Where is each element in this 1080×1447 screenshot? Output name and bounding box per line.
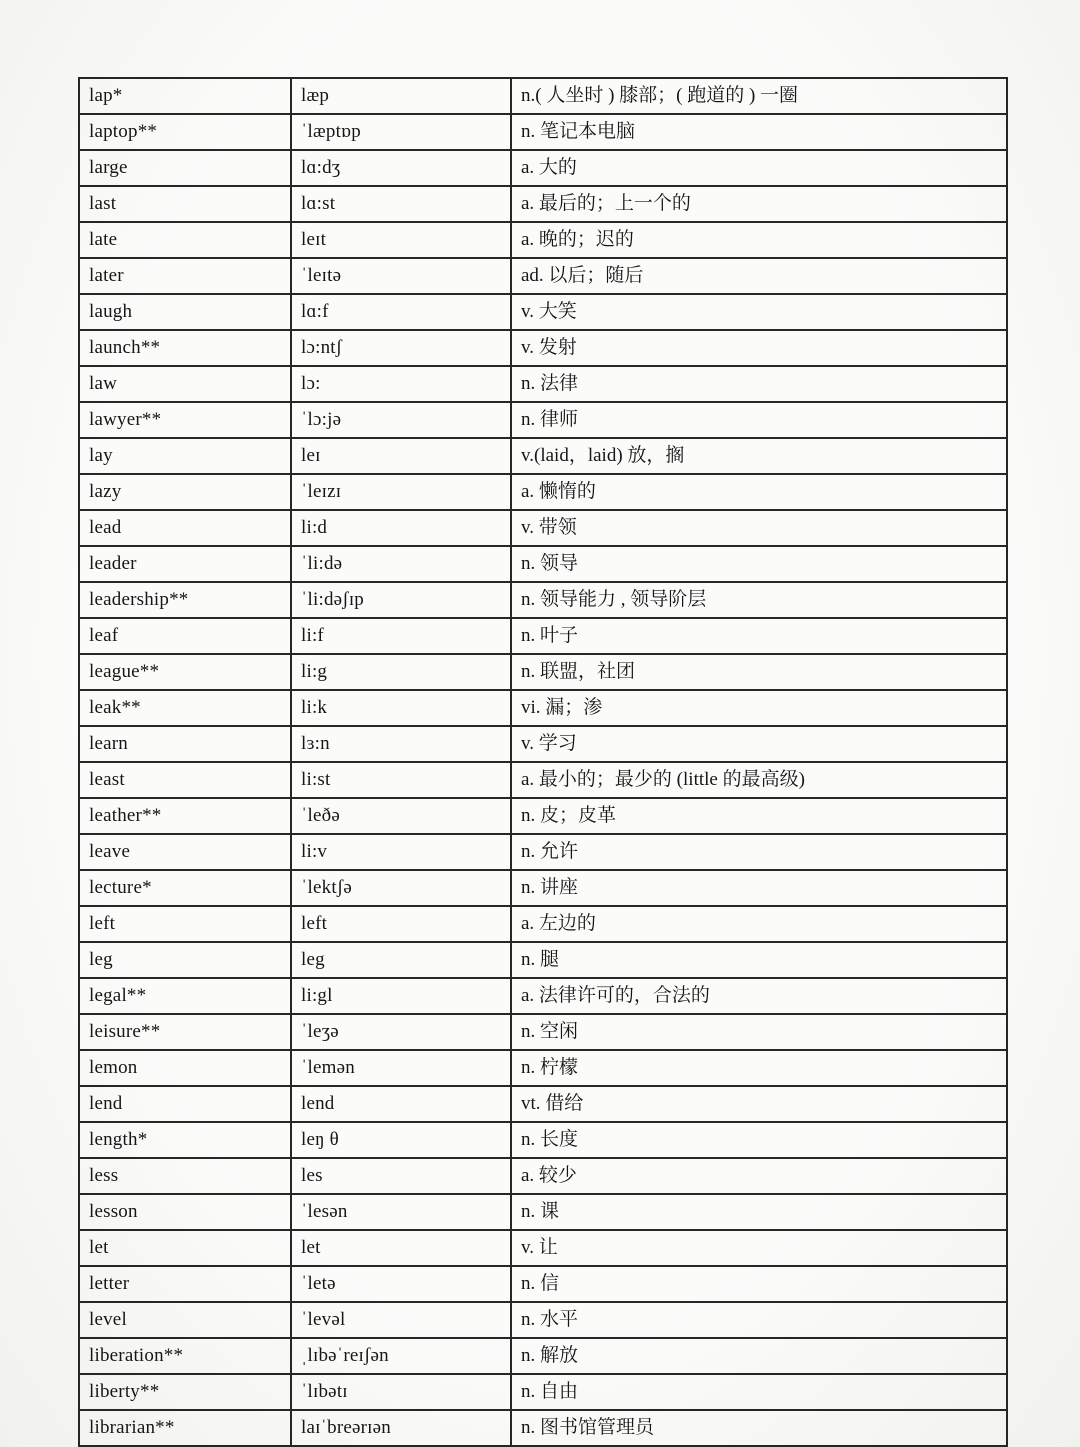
table-row: lesslesa. 较少 (79, 1158, 1007, 1194)
table-row: league**li:gn. 联盟，社团 (79, 654, 1007, 690)
cell-meaning: v.(laid，laid) 放，搁 (511, 438, 1007, 474)
table-row: lendlendvt. 借给 (79, 1086, 1007, 1122)
cell-word: left (79, 906, 291, 942)
cell-word: learn (79, 726, 291, 762)
cell-phonetic: ˈleɪzɪ (291, 474, 511, 510)
cell-word: last (79, 186, 291, 222)
cell-meaning: a. 最后的；上一个的 (511, 186, 1007, 222)
cell-meaning: v. 大笑 (511, 294, 1007, 330)
cell-word: lay (79, 438, 291, 474)
cell-phonetic: ˈlɔ:jə (291, 402, 511, 438)
cell-word: librarian** (79, 1410, 291, 1446)
table-row: librarian**laɪˈbreərɪənn. 图书馆管理员 (79, 1410, 1007, 1446)
cell-phonetic: lɜ:n (291, 726, 511, 762)
table-row: liberation**ˌlɪbəˈreɪʃənn. 解放 (79, 1338, 1007, 1374)
cell-meaning: n. 讲座 (511, 870, 1007, 906)
cell-phonetic: leŋ θ (291, 1122, 511, 1158)
cell-phonetic: ˈletə (291, 1266, 511, 1302)
cell-meaning: v. 让 (511, 1230, 1007, 1266)
table-row: lessonˈlesənn. 课 (79, 1194, 1007, 1230)
cell-meaning: n. 领导 (511, 546, 1007, 582)
cell-phonetic: lend (291, 1086, 511, 1122)
table-row: lap*læpn.( 人坐时 ) 膝部；( 跑道的 ) 一圈 (79, 78, 1007, 114)
cell-word: leadership** (79, 582, 291, 618)
cell-meaning: n.( 人坐时 ) 膝部；( 跑道的 ) 一圈 (511, 78, 1007, 114)
cell-phonetic: ˈleʒə (291, 1014, 511, 1050)
cell-word: laptop** (79, 114, 291, 150)
table-row: layleɪv.(laid，laid) 放，搁 (79, 438, 1007, 474)
table-row: legal**li:gla. 法律许可的，合法的 (79, 978, 1007, 1014)
table-row: lastlɑ:sta. 最后的；上一个的 (79, 186, 1007, 222)
table-row: leadli:dv. 带领 (79, 510, 1007, 546)
table-row: lawyer**ˈlɔ:jən. 律师 (79, 402, 1007, 438)
cell-phonetic: left (291, 906, 511, 942)
cell-meaning: n. 法律 (511, 366, 1007, 402)
table-row: learnlɜ:nv. 学习 (79, 726, 1007, 762)
cell-word: leg (79, 942, 291, 978)
cell-word: league** (79, 654, 291, 690)
cell-meaning: a. 懒惰的 (511, 474, 1007, 510)
cell-meaning: n. 笔记本电脑 (511, 114, 1007, 150)
cell-meaning: a. 法律许可的，合法的 (511, 978, 1007, 1014)
cell-phonetic: li:k (291, 690, 511, 726)
cell-phonetic: li:d (291, 510, 511, 546)
cell-meaning: n. 解放 (511, 1338, 1007, 1374)
table-row: lazyˈleɪzɪa. 懒惰的 (79, 474, 1007, 510)
table-row: laughlɑ:fv. 大笑 (79, 294, 1007, 330)
scanned-page: lap*læpn.( 人坐时 ) 膝部；( 跑道的 ) 一圈laptop**ˈl… (0, 0, 1080, 1447)
cell-phonetic: laɪˈbreərɪən (291, 1410, 511, 1446)
cell-word: lecture* (79, 870, 291, 906)
cell-phonetic: li:g (291, 654, 511, 690)
cell-meaning: ad. 以后；随后 (511, 258, 1007, 294)
table-row: levelˈlevəln. 水平 (79, 1302, 1007, 1338)
cell-word: legal** (79, 978, 291, 1014)
cell-word: length* (79, 1122, 291, 1158)
table-row: length*leŋ θn. 长度 (79, 1122, 1007, 1158)
table-row: leather**ˈleðən. 皮；皮革 (79, 798, 1007, 834)
table-row: lemonˈlemənn. 柠檬 (79, 1050, 1007, 1086)
cell-phonetic: let (291, 1230, 511, 1266)
table-row: leastli:sta. 最小的；最少的 (little 的最高级) (79, 762, 1007, 798)
cell-word: late (79, 222, 291, 258)
cell-meaning: n. 空闲 (511, 1014, 1007, 1050)
cell-word: let (79, 1230, 291, 1266)
table-row: leaveli:vn. 允许 (79, 834, 1007, 870)
cell-phonetic: ˈlevəl (291, 1302, 511, 1338)
table-row: leglegn. 腿 (79, 942, 1007, 978)
cell-phonetic: ˈlesən (291, 1194, 511, 1230)
cell-word: leak** (79, 690, 291, 726)
cell-word: law (79, 366, 291, 402)
cell-meaning: n. 联盟，社团 (511, 654, 1007, 690)
table-row: leftlefta. 左边的 (79, 906, 1007, 942)
cell-meaning: n. 长度 (511, 1122, 1007, 1158)
table-row: letletv. 让 (79, 1230, 1007, 1266)
cell-meaning: a. 左边的 (511, 906, 1007, 942)
cell-phonetic: leɪt (291, 222, 511, 258)
cell-word: lend (79, 1086, 291, 1122)
cell-phonetic: leg (291, 942, 511, 978)
table-row: lecture*ˈlektʃən. 讲座 (79, 870, 1007, 906)
cell-word: later (79, 258, 291, 294)
cell-word: leisure** (79, 1014, 291, 1050)
cell-meaning: n. 叶子 (511, 618, 1007, 654)
cell-phonetic: lɑ:st (291, 186, 511, 222)
cell-phonetic: ˈlɪbətɪ (291, 1374, 511, 1410)
vocabulary-table: lap*læpn.( 人坐时 ) 膝部；( 跑道的 ) 一圈laptop**ˈl… (78, 77, 1008, 1447)
table-row: leafli:fn. 叶子 (79, 618, 1007, 654)
table-row: liberty**ˈlɪbətɪn. 自由 (79, 1374, 1007, 1410)
cell-phonetic: lɑ:f (291, 294, 511, 330)
cell-phonetic: ˌlɪbəˈreɪʃən (291, 1338, 511, 1374)
cell-meaning: n. 皮；皮革 (511, 798, 1007, 834)
cell-phonetic: ˈlemən (291, 1050, 511, 1086)
cell-word: lawyer** (79, 402, 291, 438)
table-row: launch**lɔ:ntʃv. 发射 (79, 330, 1007, 366)
cell-word: lazy (79, 474, 291, 510)
cell-word: leader (79, 546, 291, 582)
table-row: lawlɔ:n. 法律 (79, 366, 1007, 402)
cell-phonetic: læp (291, 78, 511, 114)
cell-phonetic: lɔ:ntʃ (291, 330, 511, 366)
cell-word: liberation** (79, 1338, 291, 1374)
cell-meaning: n. 课 (511, 1194, 1007, 1230)
cell-phonetic: ˈlæptɒp (291, 114, 511, 150)
cell-phonetic: les (291, 1158, 511, 1194)
cell-meaning: vi. 漏；渗 (511, 690, 1007, 726)
cell-meaning: n. 柠檬 (511, 1050, 1007, 1086)
table-row: leak**li:kvi. 漏；渗 (79, 690, 1007, 726)
cell-meaning: n. 自由 (511, 1374, 1007, 1410)
cell-phonetic: leɪ (291, 438, 511, 474)
table-row: leisure**ˈleʒən. 空闲 (79, 1014, 1007, 1050)
cell-phonetic: ˈli:də (291, 546, 511, 582)
cell-word: large (79, 150, 291, 186)
table-row: letterˈletən. 信 (79, 1266, 1007, 1302)
cell-meaning: v. 发射 (511, 330, 1007, 366)
table-row: largelɑ:dʒa. 大的 (79, 150, 1007, 186)
cell-word: less (79, 1158, 291, 1194)
cell-meaning: n. 允许 (511, 834, 1007, 870)
cell-phonetic: li:gl (291, 978, 511, 1014)
cell-word: launch** (79, 330, 291, 366)
cell-word: lemon (79, 1050, 291, 1086)
cell-meaning: a. 较少 (511, 1158, 1007, 1194)
table-row: lateleɪta. 晚的；迟的 (79, 222, 1007, 258)
cell-phonetic: ˈlektʃə (291, 870, 511, 906)
cell-phonetic: lɔ: (291, 366, 511, 402)
cell-word: lead (79, 510, 291, 546)
cell-phonetic: li:f (291, 618, 511, 654)
cell-word: leave (79, 834, 291, 870)
cell-meaning: v. 带领 (511, 510, 1007, 546)
cell-meaning: n. 腿 (511, 942, 1007, 978)
cell-word: liberty** (79, 1374, 291, 1410)
cell-meaning: a. 大的 (511, 150, 1007, 186)
cell-meaning: a. 晚的；迟的 (511, 222, 1007, 258)
table-row: laptop**ˈlæptɒpn. 笔记本电脑 (79, 114, 1007, 150)
cell-word: least (79, 762, 291, 798)
cell-phonetic: ˈleɪtə (291, 258, 511, 294)
cell-phonetic: li:st (291, 762, 511, 798)
cell-meaning: a. 最小的；最少的 (little 的最高级) (511, 762, 1007, 798)
table-row: leadership**ˈli:dəʃɪpn. 领导能力 , 领导阶层 (79, 582, 1007, 618)
cell-word: leaf (79, 618, 291, 654)
cell-word: laugh (79, 294, 291, 330)
table-row: leaderˈli:dən. 领导 (79, 546, 1007, 582)
cell-meaning: n. 领导能力 , 领导阶层 (511, 582, 1007, 618)
cell-phonetic: lɑ:dʒ (291, 150, 511, 186)
cell-meaning: v. 学习 (511, 726, 1007, 762)
cell-phonetic: ˈleðə (291, 798, 511, 834)
cell-phonetic: ˈli:dəʃɪp (291, 582, 511, 618)
cell-meaning: n. 信 (511, 1266, 1007, 1302)
cell-word: lesson (79, 1194, 291, 1230)
vocabulary-table-body: lap*læpn.( 人坐时 ) 膝部；( 跑道的 ) 一圈laptop**ˈl… (79, 78, 1007, 1446)
cell-meaning: n. 水平 (511, 1302, 1007, 1338)
cell-word: level (79, 1302, 291, 1338)
cell-meaning: n. 图书馆管理员 (511, 1410, 1007, 1446)
cell-word: letter (79, 1266, 291, 1302)
cell-phonetic: li:v (291, 834, 511, 870)
cell-word: lap* (79, 78, 291, 114)
cell-meaning: n. 律师 (511, 402, 1007, 438)
cell-meaning: vt. 借给 (511, 1086, 1007, 1122)
table-row: laterˈleɪtəad. 以后；随后 (79, 258, 1007, 294)
cell-word: leather** (79, 798, 291, 834)
